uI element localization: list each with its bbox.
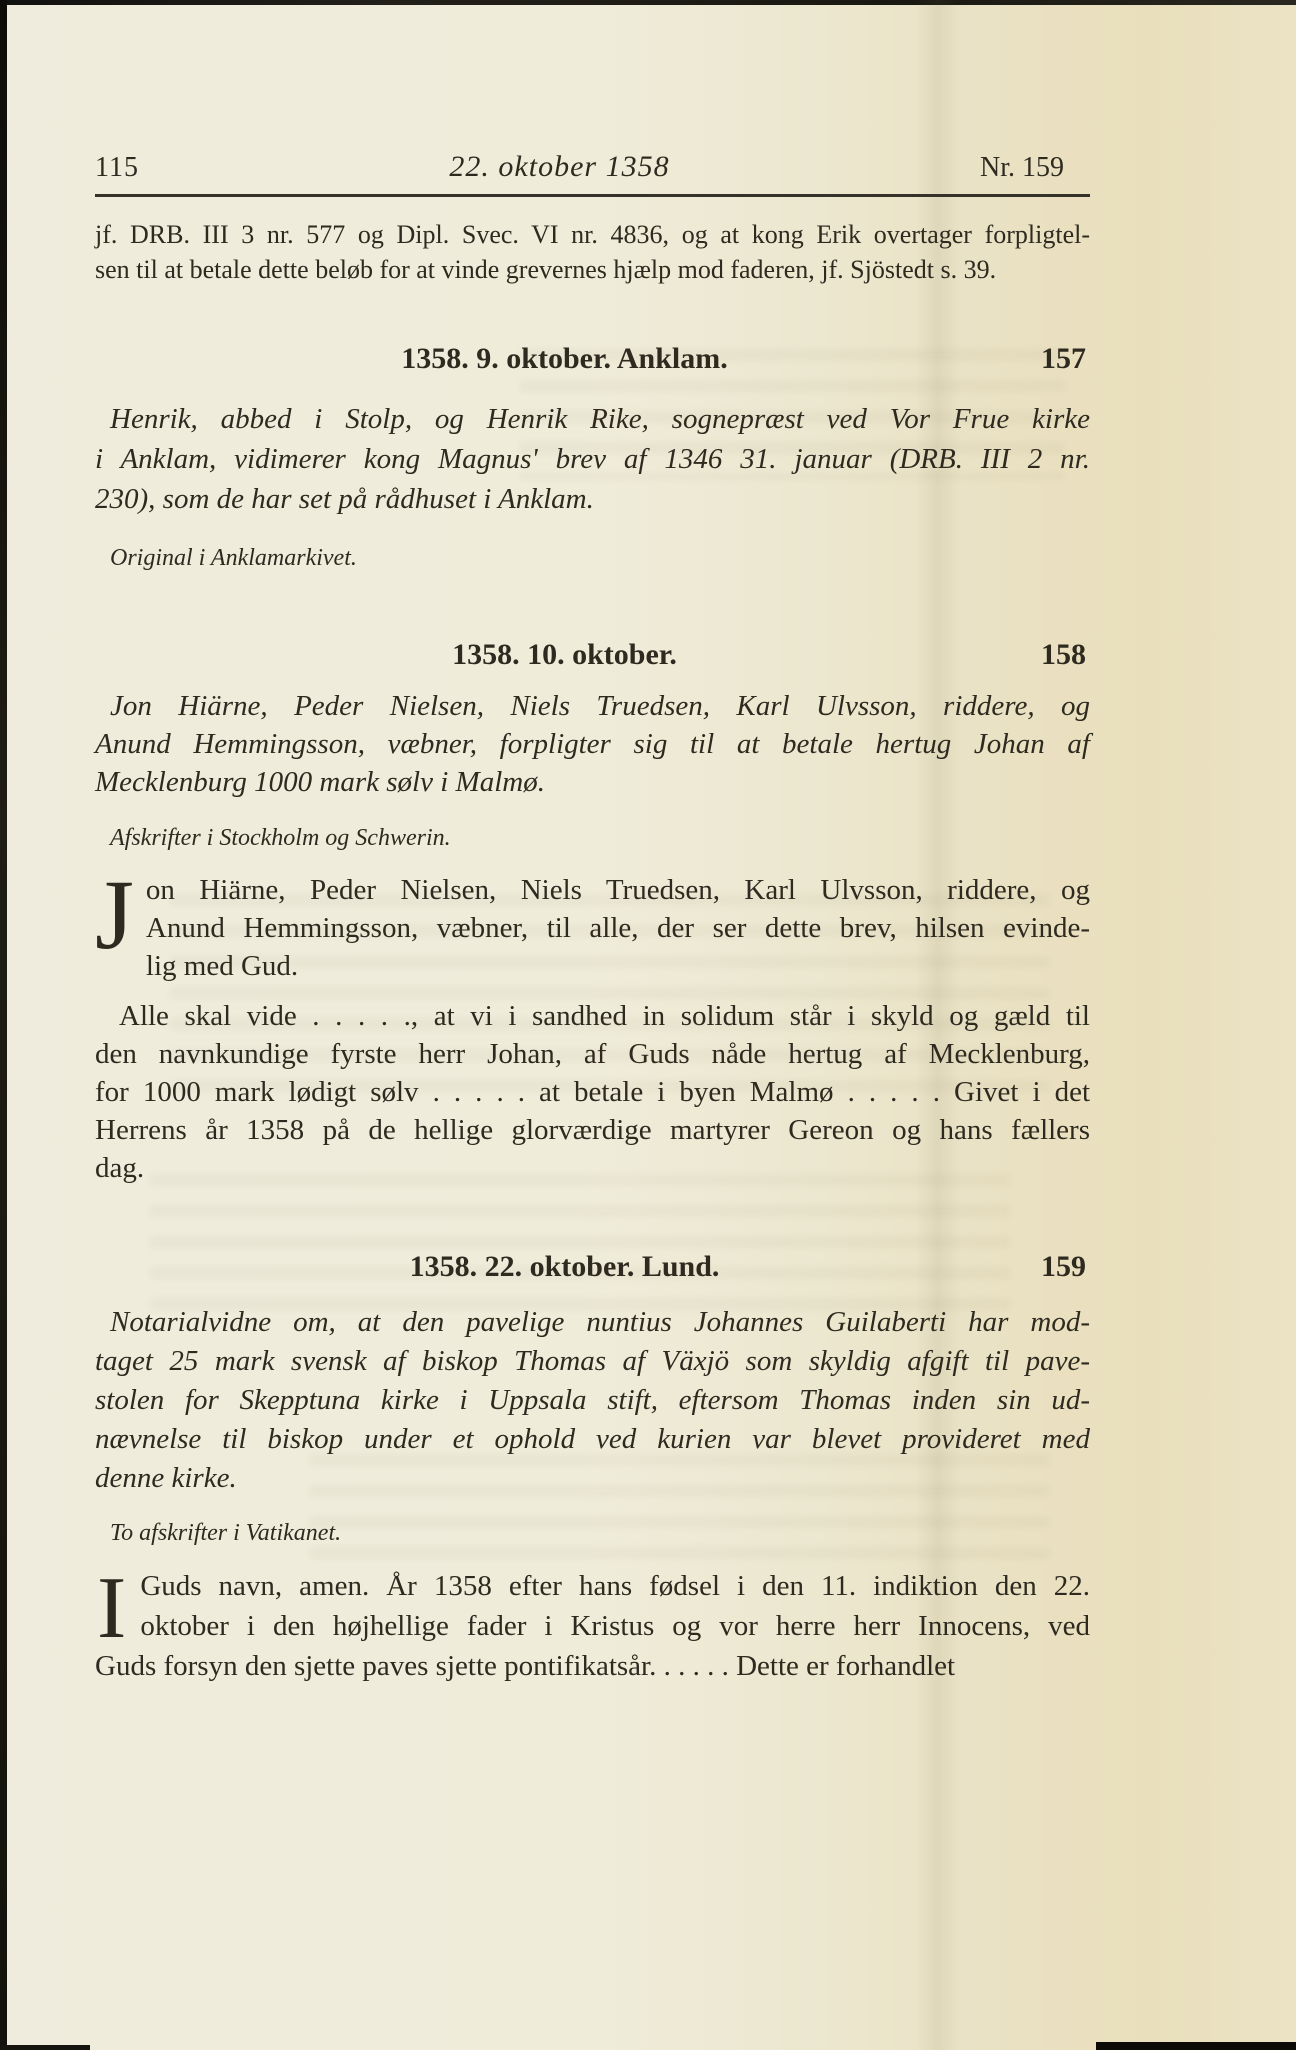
text-line: Jon Hiärne, Peder Nielsen, Niels Truedse… [95,687,1090,725]
text-line: on Hiärne, Peder Nielsen, Niels Truedsen… [95,871,1090,909]
source-note: To afskrifter i Vatikanet. [95,1518,1090,1548]
text-line: Herrens år 1358 på de hellige glorværdig… [95,1111,1090,1149]
editorial-note: jf. DRB. III 3 nr. 577 og Dipl. Svec. VI… [95,217,1090,287]
scan-edge-bottom-left [0,2045,90,2050]
scan-edge-bottom-right [1096,2042,1296,2050]
text-line: stolen for Skepptuna kirke i Uppsala sti… [95,1381,1090,1420]
text-line: den navnkundige fyrste herr Johan, af Gu… [95,1035,1090,1073]
text-line: Henrik, abbed i Stolp, og Henrik Rike, s… [95,399,1090,439]
text-line: Mecklenburg 1000 mark sølv i Malmø. [95,763,1090,801]
running-header: 115 22. oktober 1358 Nr. 159 [95,150,1090,184]
page-number: 115 [95,152,245,184]
entry-157: 1358. 9. oktober. Anklam. 157 Henrik, ab… [95,343,1090,573]
entry-heading: 1358. 22. oktober. Lund. 159 [95,1251,1090,1283]
text-line: i Anklam, vidimerer kong Magnus' brev af… [95,439,1090,479]
paragraph-lines: Alle skal vide . . . . ., at vi i sandhe… [95,997,1090,1187]
entry-heading-number: 158 [1041,639,1086,671]
text-line: taget 25 mark svensk af biskop Thomas af… [95,1342,1090,1381]
entry-summary: Notarialvidne om, at den pavelige nuntiu… [95,1303,1090,1498]
text-line: Notarialvidne om, at den pavelige nuntiu… [95,1303,1090,1342]
source-note: Original i Anklamarkivet. [95,543,1090,573]
scanned-book-page: { "colors": { "paper_left": "#efecdd", "… [0,0,1296,2050]
entry-summary: Henrik, abbed i Stolp, og Henrik Rike, s… [95,399,1090,519]
entry-heading-number: 159 [1041,1251,1086,1283]
text-line: Alle skal vide . . . . ., at vi i sandhe… [95,997,1090,1035]
entry-heading-number: 157 [1041,343,1086,375]
running-entry-number: Nr. 159 [874,152,1090,184]
text-line: oktober i den højhellige fader i Kristus… [95,1606,1090,1646]
entry-heading: 1358. 10. oktober. 158 [95,639,1090,671]
paragraph-lines: Guds navn, amen. År 1358 efter hans føds… [95,1566,1090,1686]
entry-159: 1358. 22. oktober. Lund. 159 Notarialvid… [95,1251,1090,1686]
text-line: 230), som de har set på rådhuset i Ankla… [95,479,1090,519]
body-paragraph: I Guds navn, amen. År 1358 efter hans fø… [95,1566,1090,1686]
text-line: sen til at betale dette beløb for at vin… [95,252,1090,287]
entry-158: 1358. 10. oktober. 158 Jon Hiärne, Peder… [95,639,1090,1187]
text-line: jf. DRB. III 3 nr. 577 og Dipl. Svec. VI… [95,217,1090,252]
header-rule [95,194,1090,197]
entry-body: J on Hiärne, Peder Nielsen, Niels Trueds… [95,871,1090,1187]
entry-summary: Jon Hiärne, Peder Nielsen, Niels Truedse… [95,687,1090,801]
text-line: dag. [95,1149,1090,1187]
text-line: Guds forsyn den sjette paves sjette pont… [95,1646,1090,1686]
text-line: lig med Gud. [95,947,1090,985]
text-column: 115 22. oktober 1358 Nr. 159 jf. DRB. II… [95,0,1090,1686]
scan-edge-left [0,0,7,2050]
paragraph-lines: on Hiärne, Peder Nielsen, Niels Truedsen… [95,871,1090,985]
text-line: denne kirke. [95,1459,1090,1498]
entry-heading: 1358. 9. oktober. Anklam. 157 [95,343,1090,375]
running-title: 22. oktober 1358 [245,150,874,184]
body-paragraph: J on Hiärne, Peder Nielsen, Niels Trueds… [95,871,1090,985]
drop-cap-initial: J [95,871,146,951]
entry-heading-title: 1358. 10. oktober. [452,639,677,671]
source-note: Afskrifter i Stockholm og Schwerin. [95,823,1090,853]
entry-heading-title: 1358. 22. oktober. Lund. [410,1251,720,1283]
text-line: Guds navn, amen. År 1358 efter hans føds… [95,1566,1090,1606]
text-line: nævnelse til biskop under et ophold ved … [95,1420,1090,1459]
text-line: for 1000 mark lødigt sølv . . . . . at b… [95,1073,1090,1111]
body-paragraph: Alle skal vide . . . . ., at vi i sandhe… [95,997,1090,1187]
entry-body: I Guds navn, amen. År 1358 efter hans fø… [95,1566,1090,1686]
entry-heading-title: 1358. 9. oktober. Anklam. [401,343,727,375]
text-line: Anund Hemmingsson, væbner, forpligter si… [95,725,1090,763]
text-line: Anund Hemmingsson, væbner, til alle, der… [95,909,1090,947]
drop-cap-initial: I [95,1566,140,1644]
